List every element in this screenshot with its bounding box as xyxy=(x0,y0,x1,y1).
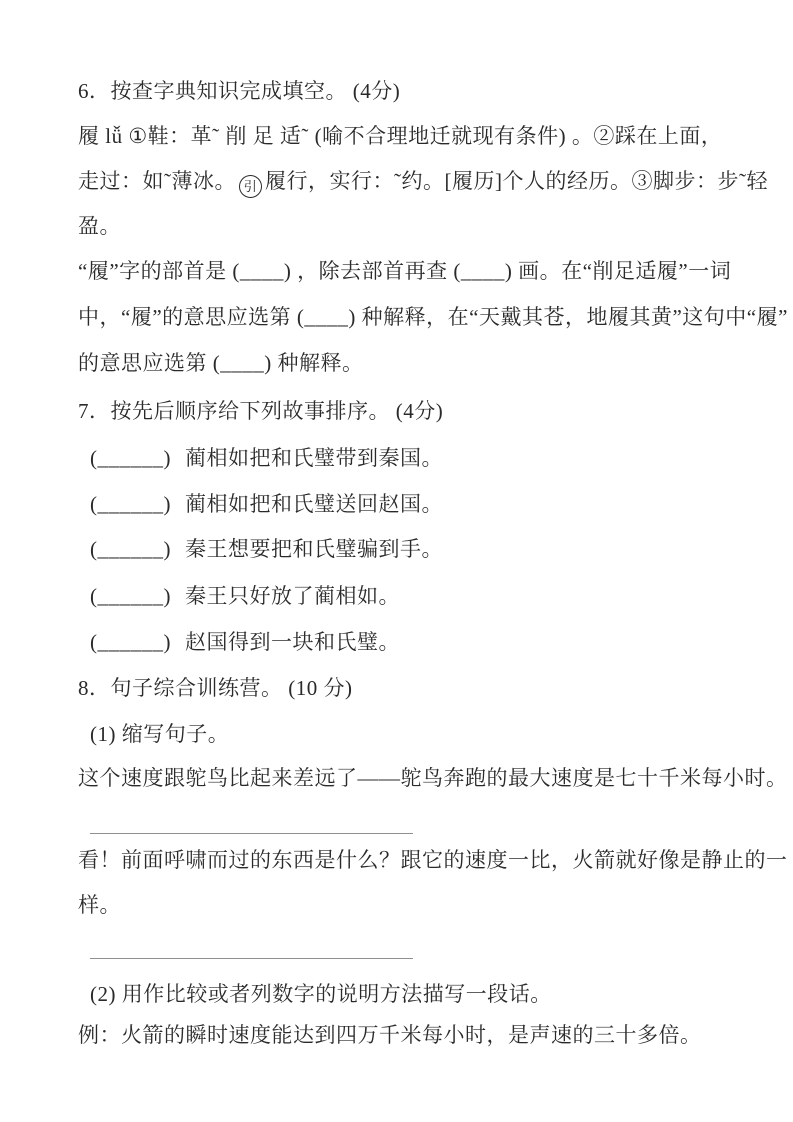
q7-item-4: (______)秦王只好放了蔺相如。 xyxy=(90,583,400,610)
question-6-header: 6．按查字典知识完成填空。 (4分) xyxy=(78,78,400,105)
dictionary-entry-line-1: 履 lǚ ①鞋：革˜ 削 足 适˜ (喻不合理地迁就现有条件) 。②踩在上面， xyxy=(78,123,722,150)
answer-line xyxy=(90,813,413,834)
dictionary-entry-line-3: 盈。 xyxy=(78,213,121,240)
q7-item-2: (______)蔺相如把和氏璧送回赵国。 xyxy=(90,491,443,518)
q8-sentence-1: 这个速度跟鸵鸟比起来差远了——鸵鸟奔跑的最大速度是七十千米每小时。 xyxy=(78,765,788,792)
answer-line xyxy=(90,938,413,959)
q7-item-2-text: 蔺相如把和氏璧送回赵国。 xyxy=(185,492,443,516)
q7-item-3: (______)秦王想要把和氏璧骗到手。 xyxy=(90,536,443,563)
question-8-header: 8．句子综合训练营。 (10 分) xyxy=(78,675,353,702)
q7-item-5: (______)赵国得到一块和氏璧。 xyxy=(90,629,400,656)
q6-fill-line-1: “履”字的部首是 (____) ，除去部首再查 (____) 画。在“削足适履”… xyxy=(78,258,731,285)
dictionary-entry-line-2: 走过：如˜薄冰。引履行，实行：˜约。[履历]个人的经历。③脚步：步˜轻 xyxy=(78,168,768,198)
circled-yin-extended-sense-icon: 引 xyxy=(239,175,262,198)
answer-blank: (______) xyxy=(90,584,171,608)
q8-sentence-2-line-1: 看！前面呼啸而过的东西是什么？跟它的速度一比，火箭就好像是静止的一 xyxy=(78,847,788,874)
answer-blank: (______) xyxy=(90,446,171,470)
q7-item-1-text: 蔺相如把和氏璧带到秦国。 xyxy=(185,446,443,470)
answer-blank: (______) xyxy=(90,537,171,561)
q6-fill-line-2: 中，“履”的意思应选第 (____) 种解释，在“天戴其苍，地履其黄”这句中“履… xyxy=(78,304,788,331)
worksheet-page: 6．按查字典知识完成填空。 (4分) 履 lǚ ①鞋：革˜ 削 足 适˜ (喻不… xyxy=(0,0,793,1122)
q6-fill-line-3: 的意思应选第 (____) 种解释。 xyxy=(78,350,364,377)
q8-example: 例：火箭的瞬时速度能达到四万千米每小时，是声速的三十多倍。 xyxy=(78,1022,702,1049)
answer-blank: (______) xyxy=(90,492,171,516)
q8-sentence-2-line-2: 样。 xyxy=(78,892,121,919)
q7-item-3-text: 秦王想要把和氏璧骗到手。 xyxy=(185,537,443,561)
dictionary-entry-line-2-pre: 走过：如˜薄冰。 xyxy=(78,169,236,193)
answer-blank: (______) xyxy=(90,630,171,654)
q7-item-5-text: 赵国得到一块和氏璧。 xyxy=(185,630,400,654)
question-7-header: 7．按先后顺序给下列故事排序。 (4分) xyxy=(78,398,443,425)
dictionary-entry-line-2-post: 履行，实行：˜约。[履历]个人的经历。③脚步：步˜轻 xyxy=(265,169,768,193)
q7-item-1: (______)蔺相如把和氏璧带到秦国。 xyxy=(90,445,443,472)
q8-sub2-label: (2) 用作比较或者列数字的说明方法描写一段话。 xyxy=(90,981,552,1008)
q8-sub1-label: (1) 缩写句子。 xyxy=(90,721,229,748)
q7-item-4-text: 秦王只好放了蔺相如。 xyxy=(185,584,400,608)
